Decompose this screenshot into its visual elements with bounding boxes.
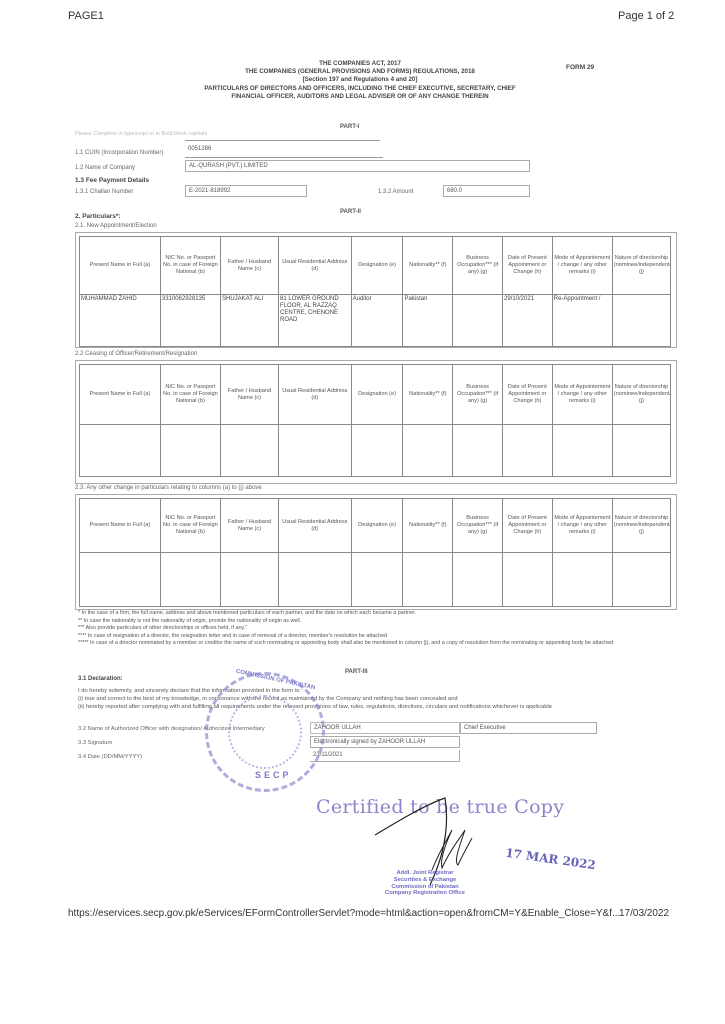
amount-label: 1.3.2 Amount [378, 189, 413, 195]
column-header: Present Name in Full (a) [80, 365, 161, 425]
table-cell[interactable] [220, 553, 278, 607]
declaration-heading: 3.1 Declaration: [78, 676, 123, 682]
table-cell[interactable] [160, 425, 220, 477]
table-cell[interactable] [552, 425, 612, 477]
footnote: *** Also provide particulars of other di… [78, 625, 668, 633]
column-header: NIC No. or Passport No. in case of Forei… [160, 499, 220, 553]
date-label: 3.4 Date (DD/MM/YYYY) [78, 754, 142, 760]
column-header: Father / Husband Name (c) [220, 499, 278, 553]
declaration-item-2: (ii) hereby reported after complying wit… [78, 703, 618, 711]
registrar-stamp-line: Securities & Exchange [370, 877, 480, 884]
fee-details-heading: 1.3 Fee Payment Details [75, 177, 149, 184]
declaration-intro: I do hereby solemnly, and sincerely decl… [78, 687, 618, 695]
print-date: 17/03/2022 [619, 908, 669, 919]
challan-label: 1.3.1 Challan Number [75, 189, 133, 195]
column-header: Designation (e) [351, 237, 403, 295]
footnote: ** In case the nationality is not the na… [78, 618, 668, 626]
section-2-1-label: 2.1. New Appointment/Election [75, 223, 157, 229]
company-name-field[interactable]: AL-QURASH (PVT.) LIMITED [185, 160, 530, 172]
secp-seal-inner-ring [228, 695, 302, 769]
table-cell[interactable]: Pakistan [403, 295, 453, 347]
title-act: THE COMPANIES ACT, 2017 [200, 60, 520, 68]
footnote: ***** In case of a director nominated by… [78, 640, 668, 648]
column-header: Mode of Appointement / change / any othe… [552, 237, 612, 295]
table-cell[interactable] [279, 425, 352, 477]
date-field[interactable]: 23/11/2021 [310, 750, 460, 762]
registrar-stamp: Addl. Joint RegistrarSecurities & Exchan… [370, 870, 480, 897]
part-2-heading: PART-II [340, 209, 361, 215]
registrar-stamp-line: Addl. Joint Registrar [370, 870, 480, 877]
table-cell[interactable]: 81 LOWER GROUND FLOOR, AL RAZZAQ CENTRE,… [279, 295, 352, 347]
table-cell[interactable] [612, 425, 670, 477]
column-header: Nationality** (f) [403, 237, 453, 295]
title-particulars: PARTICULARS OF DIRECTORS AND OFFICERS, I… [200, 85, 520, 101]
column-header: Present Name in Full (a) [80, 499, 161, 553]
column-header: Business Occupation*** (if any) (g) [453, 365, 503, 425]
column-header: Business Occupation*** (if any) (g) [453, 237, 503, 295]
table-cell[interactable] [612, 295, 670, 347]
column-header: Date of Present Appointment or Change (h… [502, 365, 552, 425]
table-cell[interactable] [279, 553, 352, 607]
section-2-2-label: 2.2 Ceasing of Officer/Retirement/Resign… [75, 351, 197, 357]
column-header: Father / Husband Name (c) [220, 237, 278, 295]
table-cell[interactable]: Auditor [351, 295, 403, 347]
table-cell[interactable]: 3310062928135 [160, 295, 220, 347]
table-cell[interactable] [160, 553, 220, 607]
table-cell[interactable]: Re-Appointment / [552, 295, 612, 347]
table-cell[interactable] [453, 553, 503, 607]
column-header: Usual Residential Address (d) [279, 365, 352, 425]
column-header: Present Name in Full (a) [80, 237, 161, 295]
column-header: Nationality** (f) [403, 365, 453, 425]
cuin-label: 1.1 CUIN (Incorporation Number) [75, 150, 163, 156]
column-header: Nature of directorship (nominee/independ… [612, 237, 670, 295]
handwritten-date: 17 MAR 2022 [504, 846, 596, 873]
table-row: MUHAMMAD ZAHID3310062928135SHUJAKAT ALI8… [80, 295, 671, 347]
instruction-text: Please Complete in typescript or in Bold… [75, 131, 207, 137]
page-label: PAGE1 [68, 10, 104, 22]
table-cell[interactable] [453, 295, 503, 347]
registrar-stamp-line: Company Registration Office [370, 890, 480, 897]
footnote: * In the case of a firm, the full name, … [78, 610, 668, 618]
table-cell[interactable] [403, 425, 453, 477]
column-header: Date of Present Appointment or Change (h… [502, 237, 552, 295]
table-cell[interactable] [403, 553, 453, 607]
column-header: Mode of Appointement / change / any othe… [552, 499, 612, 553]
officer-name-field[interactable]: ZAHOOR ULLAH [310, 722, 460, 734]
column-header: Designation (e) [351, 499, 403, 553]
table-cell[interactable] [502, 553, 552, 607]
table-cell[interactable] [453, 425, 503, 477]
column-header: Nationality** (f) [403, 499, 453, 553]
column-header: Designation (e) [351, 365, 403, 425]
registrar-stamp-line: Commission of Pakistan [370, 884, 480, 891]
ceasing-table: Present Name in Full (a)NIC No. or Passp… [79, 364, 671, 477]
table-cell[interactable] [552, 553, 612, 607]
column-header: Business Occupation*** (if any) (g) [453, 499, 503, 553]
column-header: Father / Husband Name (c) [220, 365, 278, 425]
part-1-heading: PART-I [340, 124, 359, 130]
new-appointment-table: Present Name in Full (a)NIC No. or Passp… [79, 236, 671, 347]
page-count: Page 1 of 2 [618, 10, 674, 22]
title-section: [Section 197 and Regulations 4 and 20] [200, 76, 520, 84]
company-name-label: 1.2 Name of Company [75, 165, 135, 171]
seal-center-text: SECP [255, 770, 292, 780]
table-row [80, 553, 671, 607]
table-cell[interactable] [80, 425, 161, 477]
column-header: Date of Present Appointment or Change (h… [502, 499, 552, 553]
table-cell[interactable] [502, 425, 552, 477]
table-cell[interactable] [351, 553, 403, 607]
title-regulations: THE COMPANIES (GENERAL PROVISIONS AND FO… [200, 68, 520, 76]
column-header: Usual Residential Address (d) [279, 237, 352, 295]
cuin-field[interactable]: 0051286 [185, 146, 383, 158]
column-header: NIC No. or Passport No. in case of Forei… [160, 237, 220, 295]
signature-field[interactable]: Electronically signed by ZAHOOR ULLAH [310, 736, 460, 748]
table-cell[interactable] [220, 425, 278, 477]
particulars-label: 2. Particulars*: [75, 213, 121, 220]
form-title: THE COMPANIES ACT, 2017 THE COMPANIES (G… [200, 60, 520, 101]
column-header: Nature of directorship (nominee/independ… [612, 499, 670, 553]
divider [185, 140, 380, 141]
challan-field[interactable]: E-2021-818992 [185, 185, 307, 197]
table-cell[interactable]: SHUJAKAT ALI [220, 295, 278, 347]
table-cell[interactable] [80, 553, 161, 607]
column-header: Nature of directorship (nominee/independ… [612, 365, 670, 425]
table-cell[interactable]: 29/10/2021 [502, 295, 552, 347]
officer-designation-field[interactable]: Chief Executive [460, 722, 597, 734]
table-cell[interactable] [612, 553, 670, 607]
declaration-text: I do hereby solemnly, and sincerely decl… [78, 687, 618, 711]
column-header: Mode of Appointement / change / any othe… [552, 365, 612, 425]
amount-field[interactable]: 680.0 [443, 185, 530, 197]
source-url: https://eservices.secp.gov.pk/eServices/… [68, 908, 620, 919]
section-2-3-label: 2.3. Any other change in particulars rel… [75, 485, 262, 491]
signature-label: 3.3 Signature [78, 740, 112, 746]
footnotes: * In the case of a firm, the full name, … [78, 610, 668, 648]
table-cell[interactable]: MUHAMMAD ZAHID [80, 295, 161, 347]
column-header: Usual Residential Address (d) [279, 499, 352, 553]
other-change-table: Present Name in Full (a)NIC No. or Passp… [79, 498, 671, 607]
table-row [80, 425, 671, 477]
part-3-heading: PART-III [345, 669, 368, 675]
footnote: **** In case of resignation of a directo… [78, 633, 668, 641]
declaration-item-1: (i) true and correct to the best of my k… [78, 695, 618, 703]
column-header: NIC No. or Passport No. in case of Forei… [160, 365, 220, 425]
table-cell[interactable] [351, 425, 403, 477]
form-number: FORM 29 [566, 64, 594, 71]
